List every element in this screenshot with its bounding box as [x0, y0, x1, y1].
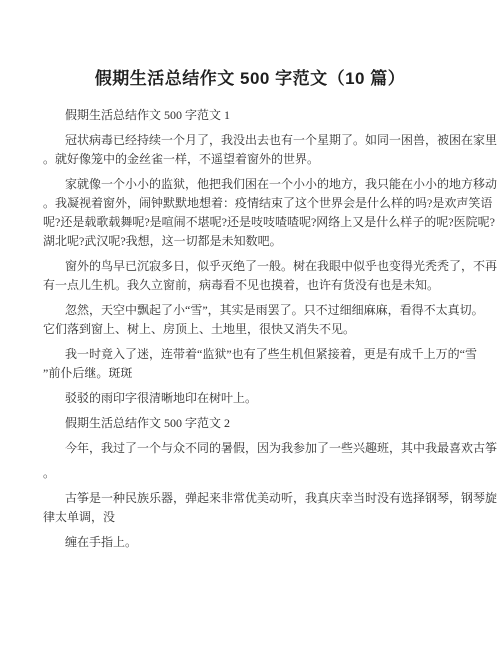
paragraph: 今年，我过了一个与众不同的暑假，因为我参加了一些兴趣班，其中我最喜欢古筝 [43, 439, 498, 458]
paragraph: 冠状病毒已经持续一个月了，我没出去也有一个星期了。如同一困兽，被困在家里。就好像… [43, 131, 498, 169]
text-line: 它们落到窗上、树上、房顶上、土地里，很快又消失不见。 [43, 320, 498, 339]
text-line: 假期生活总结作文 500 字范文 2 [43, 414, 498, 433]
text-line: 律太单调，没 [43, 508, 498, 527]
paragraph: 窗外的鸟早已沉寂多日，似乎灭绝了一般。树在我眼中似乎也变得光秃秃了，不再有一点儿… [43, 257, 498, 295]
text-line: 忽然，天空中飘起了小“雪”，其实是雨罢了。只不过细细麻麻，看得不太真切。 [43, 301, 498, 320]
text-line: 家就像一个小小的监狱，他把我们困在一个小小的地方，我只能在小小的地方移动 [43, 175, 498, 194]
text-line: 冠状病毒已经持续一个月了，我没出去也有一个星期了。如同一困兽，被困在家里 [43, 131, 498, 150]
text-line: 我一时竟入了迷，连带着“监狱”也有了些生机但紧接着，更是有成千上万的“雪 [43, 345, 498, 364]
paragraph: 忽然，天空中飘起了小“雪”，其实是雨罢了。只不过细细麻麻，看得不太真切。它们落到… [43, 301, 498, 339]
text-line: 今年，我过了一个与众不同的暑假，因为我参加了一些兴趣班，其中我最喜欢古筝 [43, 439, 498, 458]
document-page: 假期生活总结作文 500 字范文（10 篇） 假期生活总结作文 500 字范文 … [0, 0, 500, 647]
paragraph: 我一时竟入了迷，连带着“监狱”也有了些生机但紧接着，更是有成千上万的“雪”前仆后… [43, 345, 498, 383]
document-body: 假期生活总结作文 500 字范文 1冠状病毒已经持续一个月了，我没出去也有一个星… [0, 106, 500, 552]
text-line: 湖北呢?武汉呢?我想，这一切都是未知数吧。 [43, 232, 498, 251]
document-title: 假期生活总结作文 500 字范文（10 篇） [0, 66, 500, 92]
text-line: 。就好像笼中的金丝雀一样，不遥望着窗外的世界。 [43, 150, 498, 169]
text-line: 假期生活总结作文 500 字范文 1 [43, 106, 498, 125]
text-line: 驳驳的雨印字很清晰地印在树叶上。 [43, 389, 498, 408]
text-line: 古筝是一种民族乐器，弹起来非常优美动听，我真庆幸当时没有选择钢琴，钢琴旋 [43, 489, 498, 508]
text-line: ”前仆后继。斑斑 [43, 364, 498, 383]
text-line: 窗外的鸟早已沉寂多日，似乎灭绝了一般。树在我眼中似乎也变得光秃秃了，不再 [43, 257, 498, 276]
text-line: 。 [43, 464, 498, 483]
text-line: 呢?还是载歌载舞呢?是喧闹不堪呢?还是吱吱喳喳呢?网络上又是什么样子的呢?医院呢… [43, 213, 498, 232]
paragraph: 缠在手指上。 [43, 533, 498, 552]
section-heading: 假期生活总结作文 500 字范文 1 [43, 106, 498, 125]
text-line: 有一点儿生机。我久立窗前，病毒看不见也摸着，也许有货没有也是未知。 [43, 276, 498, 295]
paragraph: 驳驳的雨印字很清晰地印在树叶上。 [43, 389, 498, 408]
paragraph: 古筝是一种民族乐器，弹起来非常优美动听，我真庆幸当时没有选择钢琴，钢琴旋律太单调… [43, 489, 498, 527]
text-line: 。我凝视着窗外，闹钟默默地想着：疫情结束了这个世界会是什么样的吗?是欢声笑语 [43, 194, 498, 213]
paragraph: 。 [43, 464, 498, 483]
paragraph: 家就像一个小小的监狱，他把我们困在一个小小的地方，我只能在小小的地方移动。我凝视… [43, 175, 498, 251]
text-line: 缠在手指上。 [43, 533, 498, 552]
section-heading: 假期生活总结作文 500 字范文 2 [43, 414, 498, 433]
